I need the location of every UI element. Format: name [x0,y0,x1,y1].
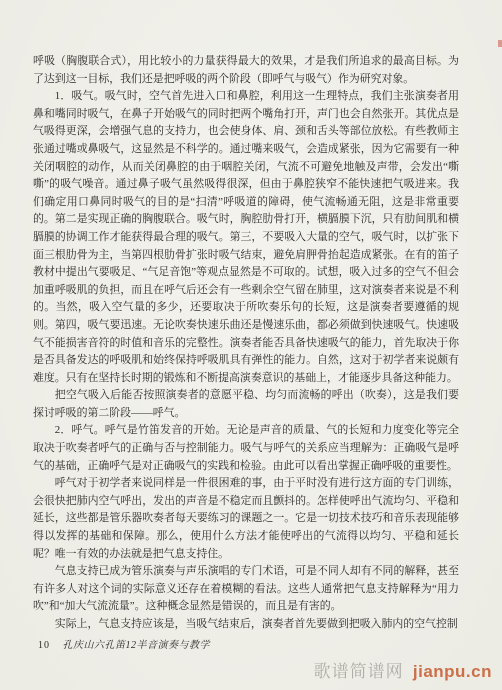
paragraph: 把空气吸入后能否按照演奏者的意愿平稳、均匀而流畅的呼出（吹奏），这是我们要探讨呼… [33,387,459,422]
paragraph: 气息支持已成为管乐演奏与声乐演唱的专门术语，可是不同人却有不同的解释，甚至有许多… [33,563,459,616]
scan-artifact-mark [498,40,502,47]
watermark-site-name: 歌谱简谱网 [314,662,404,681]
page-number: 10 [38,640,50,651]
book-page: 呼吸（胸腹联合式），用比较小的力量获得最大的效果，才是我们所追求的最高目标。为了… [0,0,502,690]
paragraph: 呼气对于初学者来说同样是一件很困难的事，由于平时没有进行这方面的专门训练，会很快… [33,475,459,563]
book-title: 孔庆山六孔笛12半音演奏与教学 [63,640,211,651]
watermark-site-url: jianpu.cn [413,662,492,681]
page-body-text: 呼吸（胸腹联合式），用比较小的力量获得最大的效果，才是我们所追求的最高目标。为了… [33,53,459,634]
page-footer: 10 孔庆山六孔笛12半音演奏与教学 [38,636,458,651]
paragraph: 呼吸（胸腹联合式），用比较小的力量获得最大的效果，才是我们所追求的最高目标。为了… [33,53,459,88]
watermark: 歌谱简谱网 jianpu.cn [314,657,492,682]
paragraph: 实际上，气息支持应该是，当吸气结束后，演奏者首先要做到把吸入肺内的空气控制 [33,616,459,634]
paragraph: 2．呼气。呼气是竹笛发音的开始。无论是声音的质量、气的长短和力度变化等完全取决于… [33,422,459,475]
paragraph: 1．吸气。吸气时，空气首先进入口和鼻腔，利用这一生理特点，我们主张演奏者用鼻和嘴… [33,88,459,387]
